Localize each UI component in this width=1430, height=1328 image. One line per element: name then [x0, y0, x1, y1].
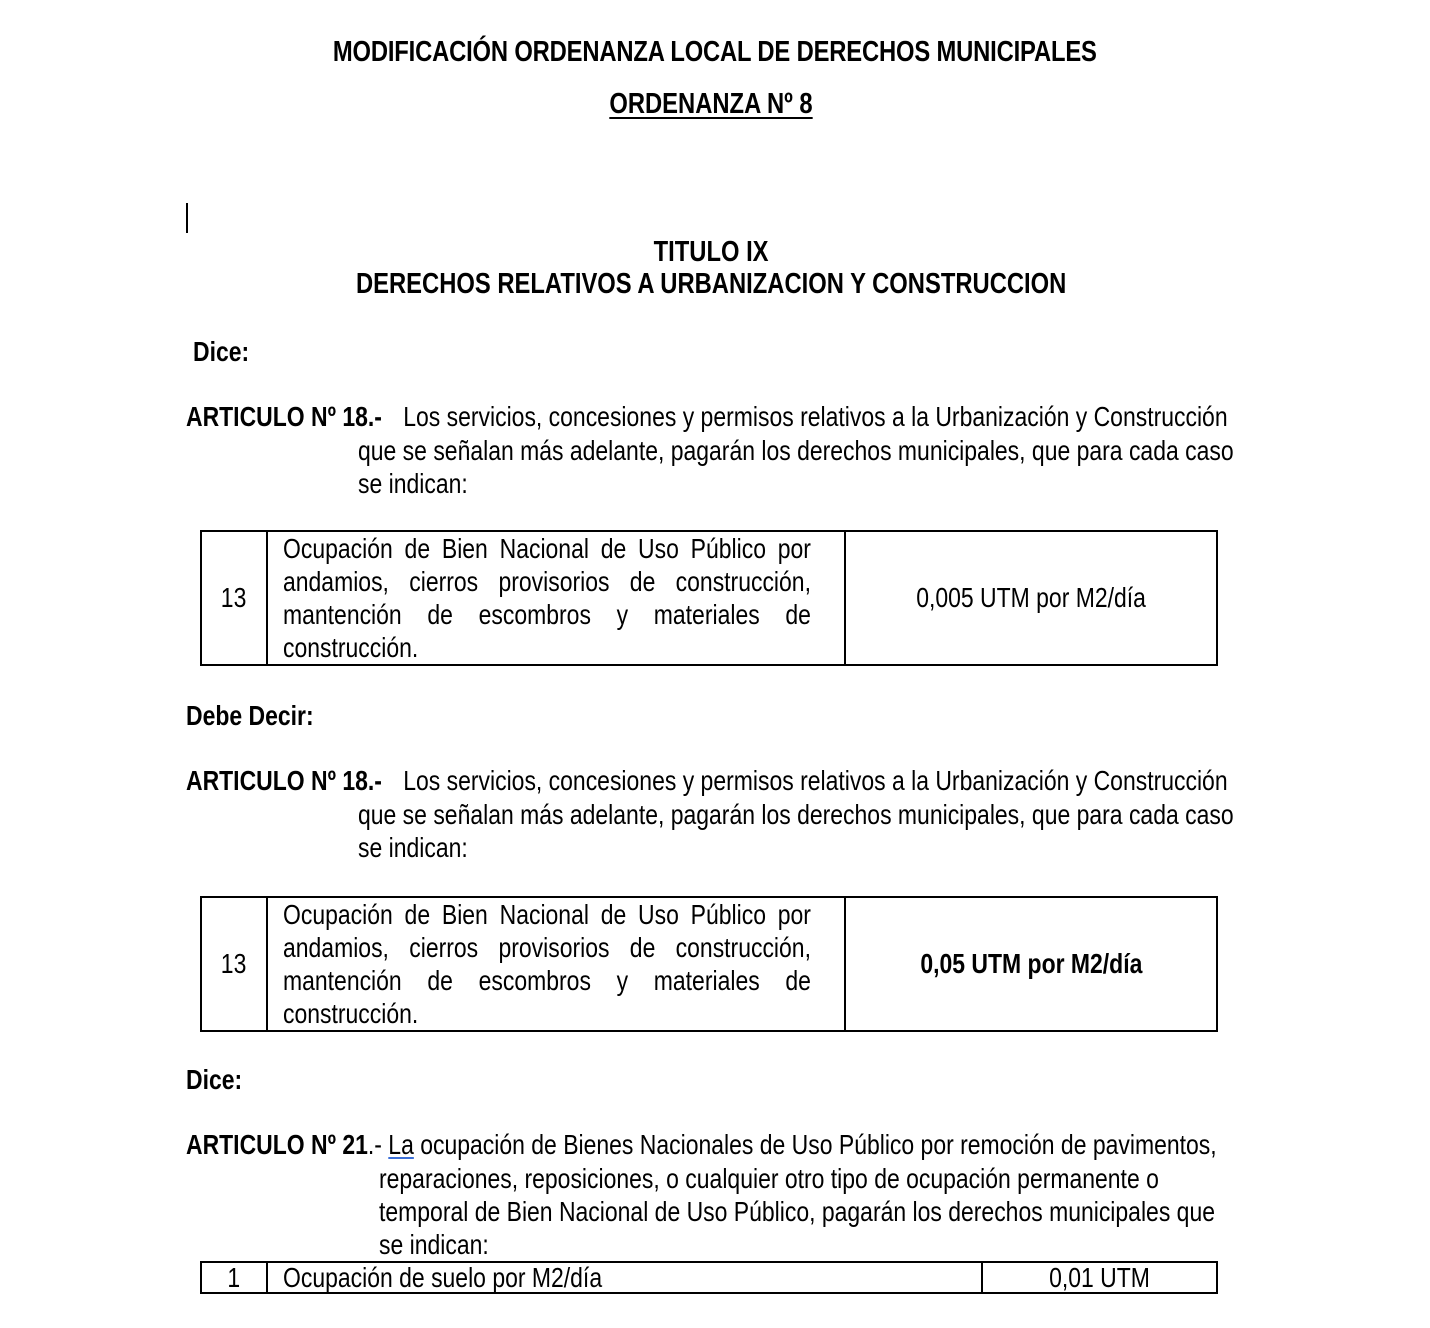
article-heading: ARTICULO Nº 18.- [186, 765, 382, 796]
description-line: andamios,cierrosprovisoriosdeconstrucció… [283, 931, 811, 964]
table-row: 13 OcupacióndeBienNacionaldeUsoPúblicopo… [201, 897, 1217, 1031]
article-heading: ARTICULO Nº 18.- [186, 401, 382, 432]
article-text-line: se indican: [358, 467, 468, 500]
section-label-dice: Dice: [186, 1064, 254, 1096]
description-line: construcción. [283, 997, 811, 1030]
description-line: andamios,cierrosprovisoriosdeconstrucció… [283, 565, 811, 598]
article-text-line: Los servicios, concesiones y permisos re… [403, 765, 1227, 796]
document-title: MODIFICACIÓN ORDENANZA LOCAL DE DERECHOS… [0, 36, 1430, 69]
table-row: 1 Ocupación de suelo por M2/día 0,01 UTM [201, 1262, 1217, 1293]
article-separator: .- [368, 1129, 388, 1160]
article-text-line: Los servicios, concesiones y permisos re… [403, 401, 1227, 432]
item-description-cell: Ocupación de suelo por M2/día [267, 1262, 982, 1293]
grammar-flagged-word[interactable]: La [388, 1129, 414, 1160]
item-description-cell: OcupacióndeBienNacionaldeUsoPúblicopor a… [267, 531, 845, 665]
section-label-debe-decir: Debe Decir: [186, 700, 342, 732]
article-text-line: temporal de Bien Nacional de Uso Público… [379, 1195, 1215, 1228]
description-line: construcción. [283, 631, 811, 664]
description-line: mantencióndeescombrosymaterialesde [283, 598, 811, 631]
rate-cell: 0,05 UTM por M2/día [845, 897, 1217, 1031]
article-text-line: reparaciones, reposiciones, o cualquier … [379, 1162, 1159, 1195]
titulo-heading: TITULO IX [0, 236, 1422, 269]
article-text-line: que se señalan más adelante, pagarán los… [358, 798, 1234, 831]
rate-cell: 0,01 UTM [982, 1262, 1217, 1293]
article-text-line: ocupación de Bienes Nacionales de Uso Pú… [414, 1129, 1217, 1160]
rate-table-article-21: 1 Ocupación de suelo por M2/día 0,01 UTM [200, 1261, 1218, 1294]
article-text-line: que se señalan más adelante, pagarán los… [358, 434, 1234, 467]
description-line: OcupacióndeBienNacionaldeUsoPúblicopor [283, 898, 811, 931]
rate-table-original: 13 OcupacióndeBienNacionaldeUsoPúblicopo… [200, 530, 1218, 666]
item-number-cell: 13 [201, 531, 267, 665]
section-label-dice: Dice: [193, 336, 261, 368]
article-text-line: se indican: [379, 1228, 489, 1261]
text-cursor [186, 203, 188, 233]
item-number-cell: 1 [201, 1262, 267, 1293]
description-line: OcupacióndeBienNacionaldeUsoPúblicopor [283, 532, 811, 565]
table-row: 13 OcupacióndeBienNacionaldeUsoPúblicopo… [201, 531, 1217, 665]
item-number-cell: 13 [201, 897, 267, 1031]
item-description-cell: OcupacióndeBienNacionaldeUsoPúblicopor a… [267, 897, 845, 1031]
article-heading: ARTICULO Nº 21 [186, 1129, 368, 1160]
rate-cell: 0,005 UTM por M2/día [845, 531, 1217, 665]
titulo-description: DERECHOS RELATIVOS A URBANIZACION Y CONS… [0, 268, 1422, 301]
article-text-line: se indican: [358, 831, 468, 864]
rate-table-amended: 13 OcupacióndeBienNacionaldeUsoPúblicopo… [200, 896, 1218, 1032]
description-line: mantencióndeescombrosymaterialesde [283, 964, 811, 997]
ordinance-number: ORDENANZA Nº 8 [0, 88, 1422, 121]
